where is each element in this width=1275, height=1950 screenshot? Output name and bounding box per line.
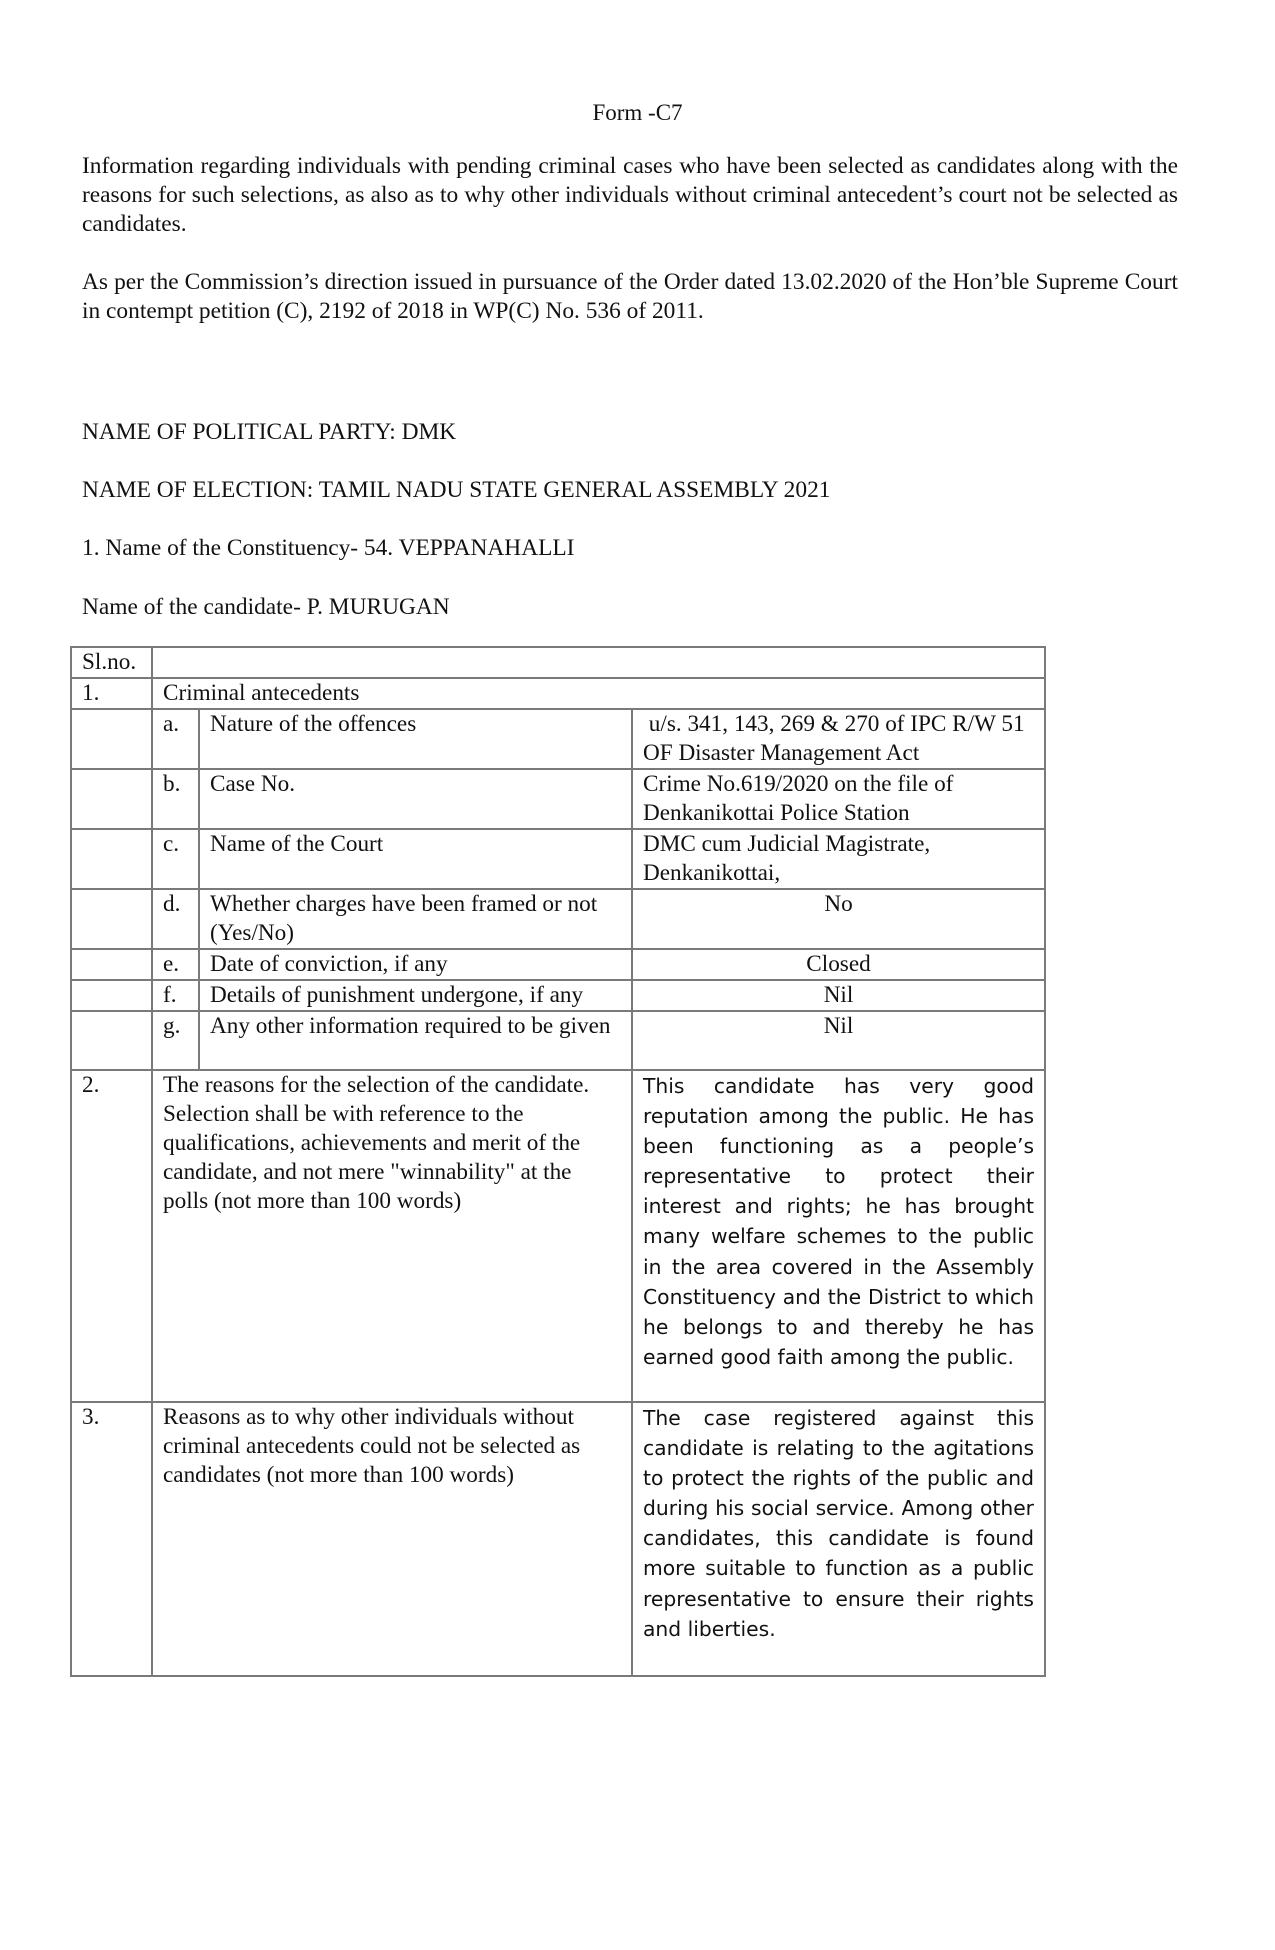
selection-reasons-text: This candidate has very good reputation … [632,1070,1045,1402]
section-label: Reasons as to why other individuals with… [152,1402,632,1676]
election-name: NAME OF ELECTION: TAMIL NADU STATE GENER… [82,476,830,505]
row-letter: b. [152,769,199,829]
slno-header: Sl.no. [71,647,152,678]
criminal-antecedents-table: Sl.no. 1. Criminal antecedents a. Nature… [70,646,1046,1677]
section-title: Criminal antecedents [152,678,1045,709]
table-header-row: Sl.no. [71,647,1045,678]
section-1-row: 1. Criminal antecedents [71,678,1045,709]
row-label: Details of punishment undergone, if any [199,980,632,1011]
row-letter: c. [152,829,199,889]
section-2-row: 2. The reasons for the selection of the … [71,1070,1045,1402]
row-value: Nil [632,980,1045,1011]
row-label: Any other information required to be giv… [199,1011,632,1070]
section-label: The reasons for the selection of the can… [152,1070,632,1402]
row-label: Name of the Court [199,829,632,889]
row-letter: a. [152,709,199,769]
row-label: Whether charges have been framed or not … [199,889,632,949]
constituency-name: 1. Name of the Constituency- 54. VEPPANA… [82,534,574,563]
row-letter: g. [152,1011,199,1070]
section-number: 2. [71,1070,152,1402]
section-number: 3. [71,1402,152,1676]
table-row: a. Nature of the offences u/s. 341, 143,… [71,709,1045,769]
table-row: d. Whether charges have been framed or n… [71,889,1045,949]
row-value: DMC cum Judicial Magistrate, Denkanikott… [632,829,1045,889]
row-letter: e. [152,949,199,980]
candidate-name: Name of the candidate- P. MURUGAN [82,593,450,622]
header-blank-cell [152,647,1045,678]
party-name: NAME OF POLITICAL PARTY: DMK [82,418,456,447]
table-row: b. Case No. Crime No.619/2020 on the fil… [71,769,1045,829]
row-value: No [632,889,1045,949]
other-individuals-reasons-text: The case registered against this candida… [632,1402,1045,1676]
direction-paragraph: As per the Commission’s direction issued… [82,268,1178,326]
row-value: u/s. 341, 143, 269 & 270 of IPC R/W 51 O… [632,709,1045,769]
row-value: Crime No.619/2020 on the file of Denkani… [632,769,1045,829]
row-letter: f. [152,980,199,1011]
table-row: c. Name of the Court DMC cum Judicial Ma… [71,829,1045,889]
table-row: e. Date of conviction, if any Closed [71,949,1045,980]
row-label: Nature of the offences [199,709,632,769]
form-title: Form -C7 [0,98,1275,127]
section-3-row: 3. Reasons as to why other individuals w… [71,1402,1045,1676]
row-label: Case No. [199,769,632,829]
table-row: f. Details of punishment undergone, if a… [71,980,1045,1011]
intro-paragraph: Information regarding individuals with p… [82,152,1178,239]
row-value: Nil [632,1011,1045,1070]
row-letter: d. [152,889,199,949]
section-number: 1. [71,678,152,709]
table-row: g. Any other information required to be … [71,1011,1045,1070]
row-value: Closed [632,949,1045,980]
row-label: Date of conviction, if any [199,949,632,980]
